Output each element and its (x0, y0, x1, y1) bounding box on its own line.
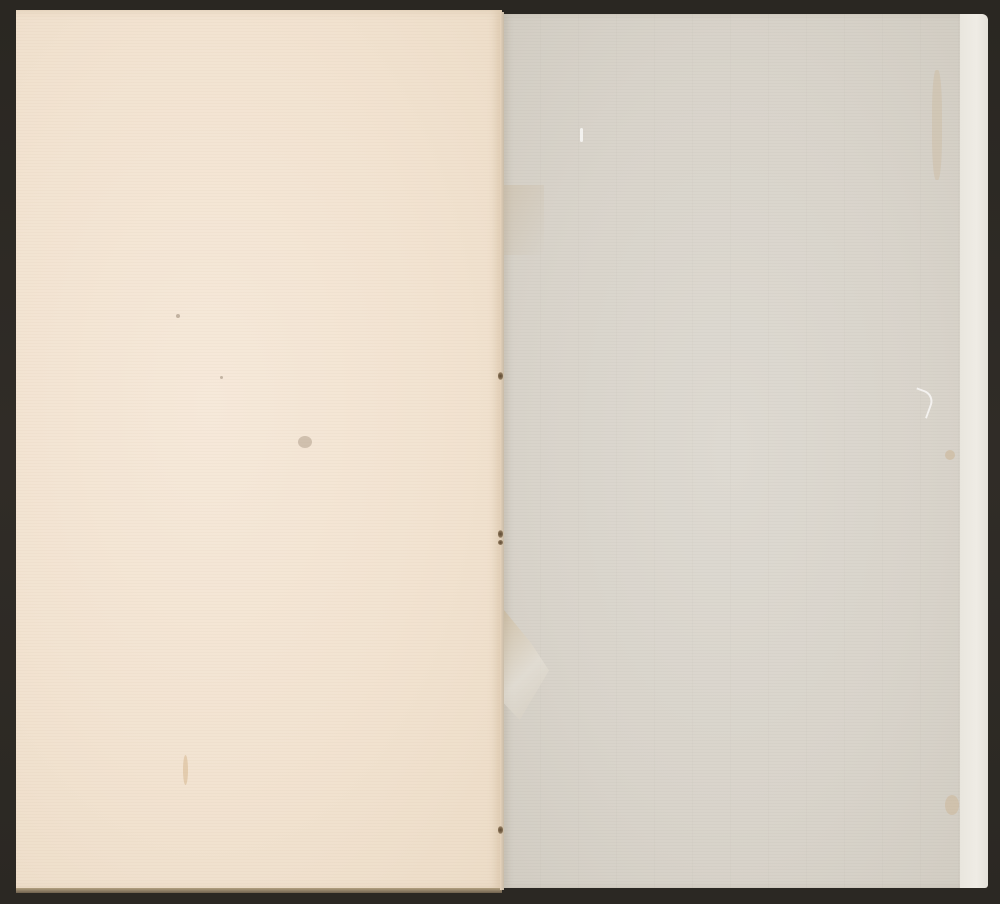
open-book-photo (0, 0, 1000, 904)
binding-hole (498, 540, 503, 545)
left-page (16, 10, 502, 890)
book-gutter (500, 12, 504, 890)
left-page-bottom-edge (16, 888, 502, 893)
right-page (502, 14, 960, 888)
right-page-edge-strip (960, 14, 988, 888)
binding-hole (498, 826, 503, 834)
binding-hole (498, 372, 503, 380)
binding-hole (498, 530, 503, 538)
